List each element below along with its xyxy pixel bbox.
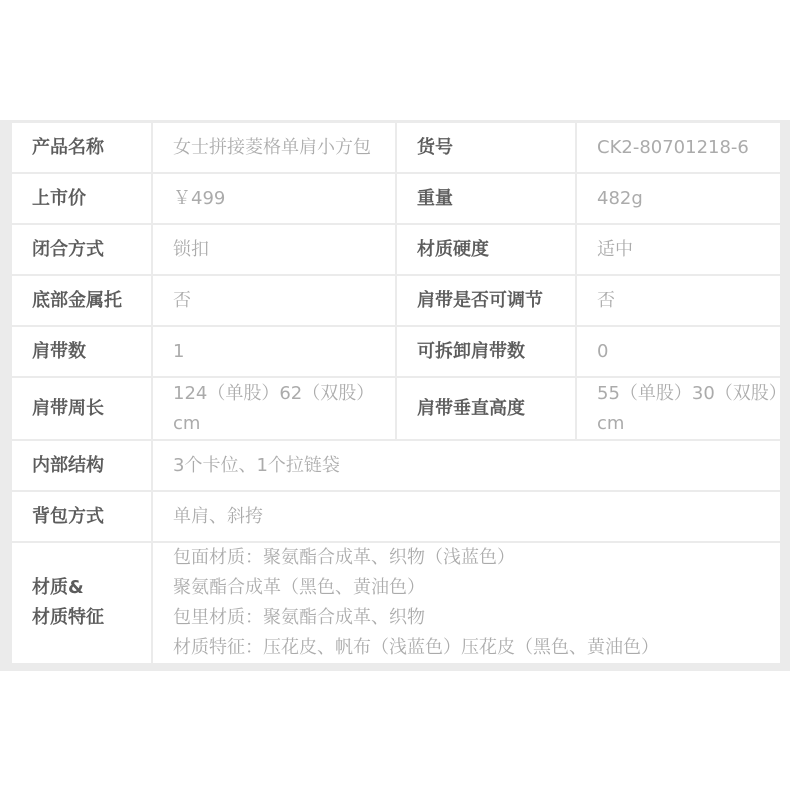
spec-row-strap-length: 肩带周长 124（单股）62（双股）cm 肩带垂直高度 55（单股）30（双股）… (11, 377, 781, 440)
spec-row-interior: 内部结构 3个卡位、1个拉链袋 (11, 440, 781, 491)
value-strap-length: 124（单股）62（双股）cm (152, 377, 396, 440)
label-product-name: 产品名称 (11, 122, 152, 173)
label-material-line-2: 材质特征 (32, 603, 151, 633)
label-strap-count: 肩带数 (11, 326, 152, 377)
product-spec-table: 产品名称 女士拼接菱格单肩小方包 货号 CK2-80701218-6 上市价 ￥… (10, 121, 782, 665)
value-strap-adjustable: 否 (576, 275, 781, 326)
value-detachable-strap-count: 0 (576, 326, 781, 377)
value-carry-style: 单肩、斜挎 (152, 491, 781, 542)
value-metal-base: 否 (152, 275, 396, 326)
label-material-hardness: 材质硬度 (396, 224, 576, 275)
label-carry-style: 背包方式 (11, 491, 152, 542)
material-outer-line: 包面材质：聚氨酯合成革、织物（浅蓝色） (173, 543, 780, 573)
spec-row-strap-count: 肩带数 1 可拆卸肩带数 0 (11, 326, 781, 377)
label-detachable-strap-count: 可拆卸肩带数 (396, 326, 576, 377)
value-material-features: 包面材质：聚氨酯合成革、织物（浅蓝色） 聚氨酯合成革（黑色、黄油色） 包里材质：… (152, 542, 781, 664)
value-launch-price: ￥499 (152, 173, 396, 224)
value-strap-count: 1 (152, 326, 396, 377)
label-strap-adjustable: 肩带是否可调节 (396, 275, 576, 326)
value-material-hardness: 适中 (576, 224, 781, 275)
value-closure-type: 锁扣 (152, 224, 396, 275)
material-outer-line-2: 聚氨酯合成革（黑色、黄油色） (173, 573, 780, 603)
material-features-line: 材质特征：压花皮、帆布（浅蓝色）压花皮（黑色、黄油色） (173, 633, 780, 663)
value-strap-drop-height: 55（单股）30（双股）cm (576, 377, 781, 440)
label-closure-type: 闭合方式 (11, 224, 152, 275)
label-strap-drop-height: 肩带垂直高度 (396, 377, 576, 440)
label-metal-base: 底部金属托 (11, 275, 152, 326)
label-weight: 重量 (396, 173, 576, 224)
label-launch-price: 上市价 (11, 173, 152, 224)
spec-row-price: 上市价 ￥499 重量 482g (11, 173, 781, 224)
label-item-number: 货号 (396, 122, 576, 173)
spec-row-metal-base: 底部金属托 否 肩带是否可调节 否 (11, 275, 781, 326)
spec-row-product-name: 产品名称 女士拼接菱格单肩小方包 货号 CK2-80701218-6 (11, 122, 781, 173)
value-product-name: 女士拼接菱格单肩小方包 (152, 122, 396, 173)
value-item-number: CK2-80701218-6 (576, 122, 781, 173)
label-interior-structure: 内部结构 (11, 440, 152, 491)
label-material-features: 材质& 材质特征 (11, 542, 152, 664)
value-weight: 482g (576, 173, 781, 224)
label-material-line-1: 材质& (32, 573, 151, 603)
spec-row-carry-style: 背包方式 单肩、斜挎 (11, 491, 781, 542)
material-lining-line: 包里材质：聚氨酯合成革、织物 (173, 603, 780, 633)
spec-row-closure: 闭合方式 锁扣 材质硬度 适中 (11, 224, 781, 275)
value-interior-structure: 3个卡位、1个拉链袋 (152, 440, 781, 491)
label-strap-length: 肩带周长 (11, 377, 152, 440)
spec-row-material: 材质& 材质特征 包面材质：聚氨酯合成革、织物（浅蓝色） 聚氨酯合成革（黑色、黄… (11, 542, 781, 664)
